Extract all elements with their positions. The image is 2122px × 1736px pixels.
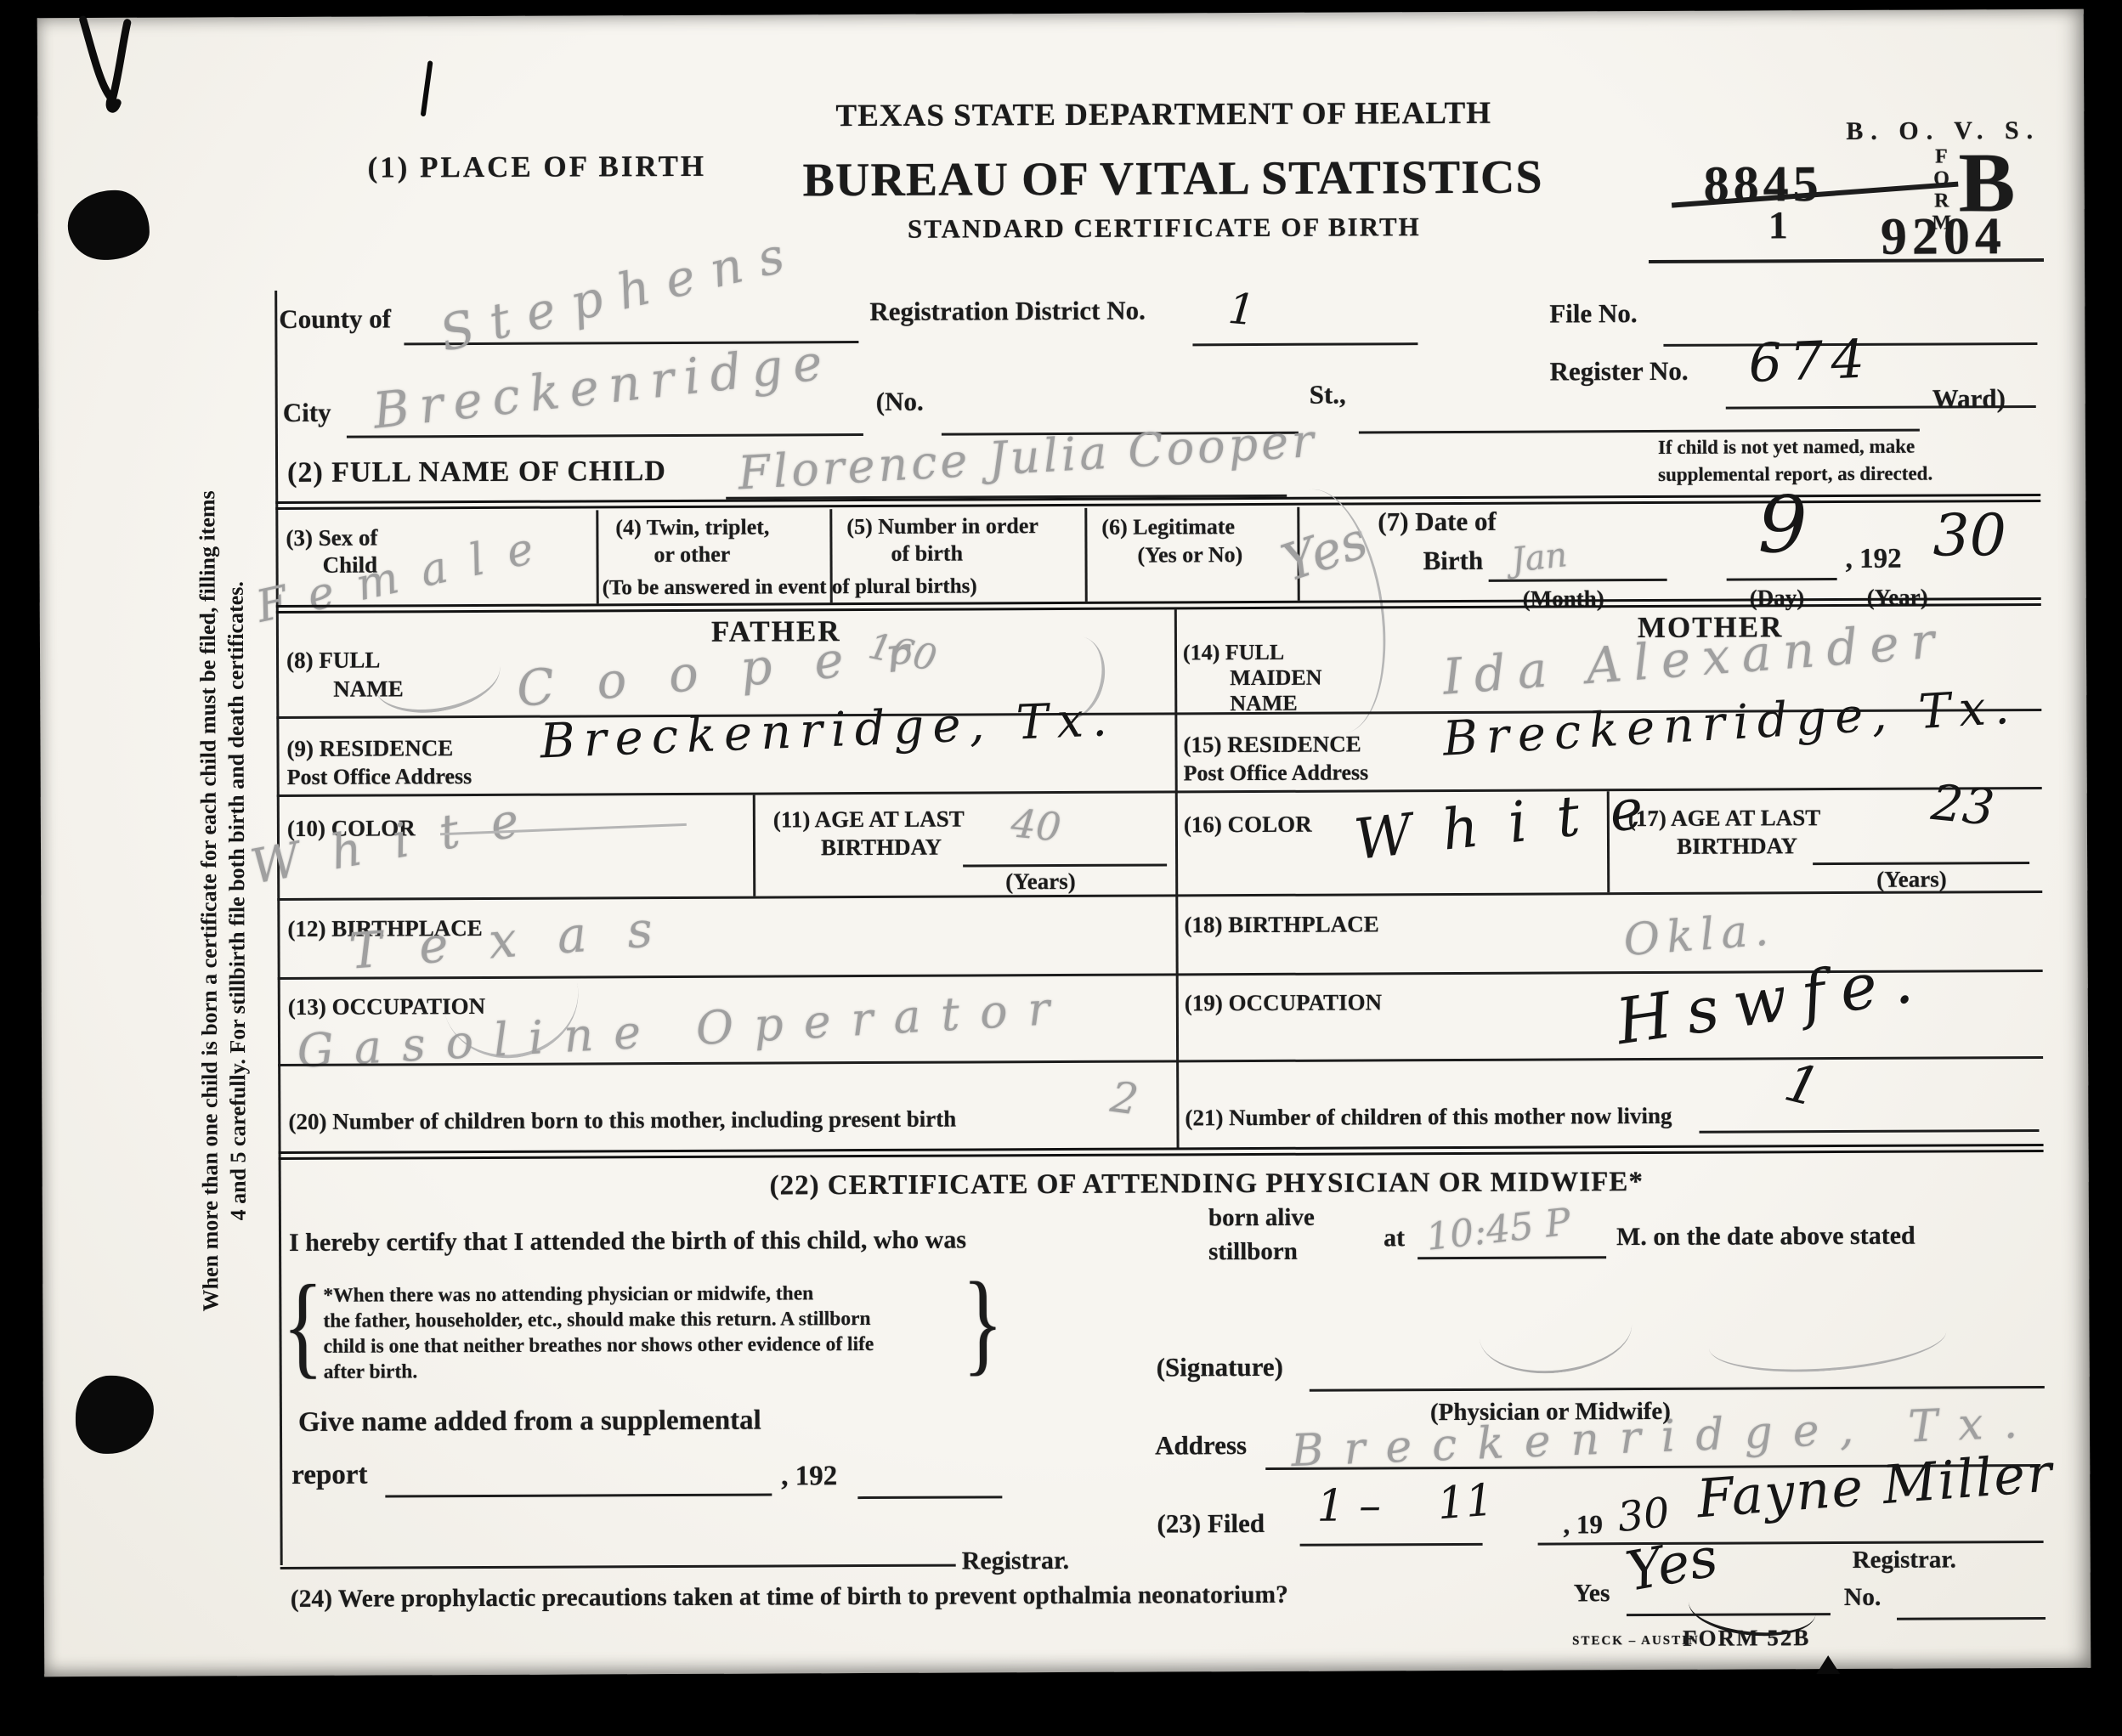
footnote-line2: the father, householder, etc., should ma…: [323, 1308, 870, 1333]
children-living-line: [1699, 1129, 2039, 1134]
street-label: St.,: [1310, 380, 1346, 410]
registrar-caption-left: Registrar.: [962, 1547, 1070, 1576]
mother-residence-label-line1: (15) RESIDENCE: [1183, 731, 1361, 758]
report-label: report: [291, 1460, 367, 1491]
ward-label: Ward): [1932, 383, 2006, 414]
printer-imprint: STECK – AUSTIN: [1572, 1634, 1700, 1649]
small-one-mark: 1: [1768, 202, 1788, 247]
father-name-label-line1: (8) FULL: [286, 647, 380, 674]
registrar-caption-right: Registrar.: [1853, 1546, 1956, 1575]
unnamed-child-note-line1: If child is not yet named, make: [1658, 433, 2057, 461]
registrar-signature-line: [1538, 1541, 2044, 1546]
file-no-label: File No.: [1549, 298, 1637, 329]
signature-pencil-scrawl: [1706, 1300, 1949, 1380]
prophylactic-question: (24) Were prophylactic precautions taken…: [291, 1581, 1288, 1614]
report-year-printed: , 192: [781, 1461, 837, 1492]
row-rule: [277, 891, 2042, 901]
mother-birthplace-label: (18) BIRTHPLACE: [1184, 911, 1378, 938]
mother-age-label-line1: (17) AGE AT LAST: [1628, 805, 1820, 832]
scan-wedge-artifact: [1816, 1655, 1840, 1674]
birth-time-value: 10:45 P: [1424, 1201, 1573, 1259]
birth-day-value: 9: [1757, 479, 1808, 570]
age-column-divider: [753, 795, 756, 896]
birth-day-line: [1727, 578, 1837, 581]
filed-year-printed: , 19: [1563, 1509, 1603, 1540]
father-age-label-line2: BIRTHDAY: [821, 834, 942, 862]
register-no-label: Register No.: [1550, 356, 1689, 387]
mother-birthplace-value: Okla.: [1622, 904, 1777, 966]
twin-label-line2: or other: [654, 542, 730, 568]
yes-label: Yes: [1574, 1580, 1610, 1608]
supplemental-line1: Give name added from a supplemental: [298, 1405, 761, 1439]
father-residence-label-line1: (9) RESIDENCE: [286, 735, 453, 762]
mother-age-years-caption: (Years): [1876, 866, 1947, 892]
father-age-years-caption: (Years): [1005, 868, 1076, 895]
address-label: Address: [1155, 1430, 1247, 1461]
form-left-border: [274, 291, 283, 1565]
certificate-paper: When more than one child is born a certi…: [37, 9, 2091, 1677]
unnamed-child-note: If child is not yet named, make suppleme…: [1658, 433, 2057, 489]
plural-births-note: (To be answered in event of plural birth…: [603, 574, 977, 600]
form-number: FORM 52B: [1683, 1625, 1810, 1652]
signature-label: (Signature): [1157, 1352, 1283, 1383]
registration-district-label: Registration District No.: [869, 296, 1146, 327]
header-bureau: BUREAU OF VITAL STATISTICS: [802, 150, 1525, 208]
column-divider: [596, 510, 598, 603]
place-of-birth-label: (1) PLACE OF BIRTH: [367, 150, 706, 185]
pen-checkmark-artifact: [78, 14, 147, 125]
sex-label-line1: (3) Sex of: [286, 525, 377, 551]
mother-name-label-line2: MAIDEN: [1230, 665, 1321, 691]
children-born-label: (20) Number of children born to this mot…: [288, 1106, 956, 1135]
child-name-label: (2) FULL NAME OF CHILD: [287, 455, 666, 489]
stillborn-option: stillborn: [1208, 1238, 1298, 1266]
father-age-line: [963, 863, 1167, 867]
unnamed-child-note-line2: supplemental report, as directed.: [1658, 460, 2057, 489]
registration-district-value: 1: [1226, 284, 1258, 335]
city-label: City: [283, 398, 331, 428]
footnote-brace-right: }: [962, 1256, 1004, 1388]
filed-label: (23) Filed: [1157, 1508, 1265, 1540]
footnote-line3: child is one that neither breathes nor s…: [324, 1333, 874, 1359]
pen-stroke-artifact: [421, 60, 433, 116]
report-year-line: [857, 1496, 1002, 1499]
physician-certificate-title: (22) CERTIFICATE OF ATTENDING PHYSICIAN …: [399, 1165, 2014, 1203]
age-column-divider: [1607, 791, 1610, 892]
filed-day-value: 11: [1435, 1475, 1495, 1530]
date-of-birth-label-line1: (7) Date of: [1378, 506, 1497, 538]
birth-order-label-line1: (5) Number in order: [846, 513, 1038, 540]
born-alive-option: born alive: [1208, 1204, 1315, 1233]
margin-instructions-line2: 4 and 5 carefully. For stillbirth file b…: [220, 255, 253, 1547]
no-line: [1897, 1617, 2046, 1620]
birth-order-label-line2: of birth: [891, 541, 963, 567]
father-age-label-line1: (11) AGE AT LAST: [773, 806, 965, 834]
street-no-label: (No.: [876, 387, 924, 417]
mother-age-label-line2: BIRTHDAY: [1677, 833, 1797, 860]
date-stated-label: M. on the date above stated: [1616, 1222, 1915, 1253]
filed-date-line: [1300, 1543, 1483, 1547]
mother-name-label-line1: (14) FULL: [1183, 640, 1284, 666]
ink-blob-artifact: [76, 1376, 154, 1454]
signature-line: [1310, 1386, 2045, 1392]
report-line: [385, 1494, 772, 1498]
footnote-line4: after birth.: [324, 1360, 418, 1383]
at-label: at: [1384, 1224, 1405, 1253]
crossed-number: 8845: [1703, 155, 1822, 214]
children-born-value: 2: [1108, 1072, 1141, 1125]
filed-month-value: 1 –: [1316, 1480, 1381, 1531]
mother-residence-label-line2: Post Office Address: [1184, 760, 1369, 786]
signature-pencil-scrawl: [1475, 1281, 1637, 1381]
twin-label-line1: (4) Twin, triplet,: [615, 515, 769, 541]
father-residence-label-line2: Post Office Address: [287, 764, 472, 790]
column-divider: [1084, 508, 1087, 602]
stray-pencil-mark: [368, 631, 506, 722]
child-name-value: Florence Julia Cooper: [737, 414, 1319, 500]
birth-month-value: Jan: [1509, 535, 1569, 580]
register-no-value: 674: [1747, 327, 1873, 394]
header-certificate-type: STANDARD CERTIFICATE OF BIRTH: [803, 212, 1525, 246]
children-living-value: 1: [1779, 1051, 1826, 1119]
date-of-birth-label-line2: Birth: [1423, 546, 1483, 576]
mother-age-value: 23: [1929, 773, 1997, 837]
birth-year-value: 30: [1932, 502, 2006, 569]
ink-blob-artifact: [68, 190, 150, 260]
margin-instructions: When more than one child is born a certi…: [193, 255, 254, 1547]
local-registrar-line: [280, 1564, 956, 1569]
footnote-line1: *When there was no attending physician o…: [323, 1282, 813, 1308]
mother-age-line: [1813, 862, 2029, 865]
county-label: County of: [279, 303, 391, 335]
city-value: Breckenridge: [371, 332, 835, 440]
birth-year-printed: , 192: [1845, 544, 1901, 575]
certify-statement: I hereby certify that I attended the bir…: [289, 1226, 966, 1258]
mother-occupation-label: (19) OCCUPATION: [1185, 989, 1382, 1016]
header-department: TEXAS STATE DEPARTMENT OF HEALTH: [802, 95, 1525, 135]
parents-divider: [1174, 609, 1180, 1149]
legitimate-label-line1: (6) Legitimate: [1101, 514, 1235, 540]
no-label: No.: [1844, 1584, 1882, 1612]
registration-district-line: [1192, 342, 1417, 346]
scanned-birth-certificate: When more than one child is born a certi…: [0, 0, 2122, 1736]
legitimate-label-line2: (Yes or No): [1137, 542, 1242, 568]
children-living-label: (21) Number of children of this mother n…: [1185, 1103, 1672, 1132]
double-rule-certificate: [279, 1144, 2044, 1160]
father-age-value: 40: [1009, 800, 1063, 851]
mother-color-label: (16) COLOR: [1184, 811, 1312, 839]
footnote-brace-left: {: [282, 1259, 324, 1391]
father-color-value: White: [246, 787, 555, 896]
filed-year-value: 30: [1616, 1489, 1672, 1541]
